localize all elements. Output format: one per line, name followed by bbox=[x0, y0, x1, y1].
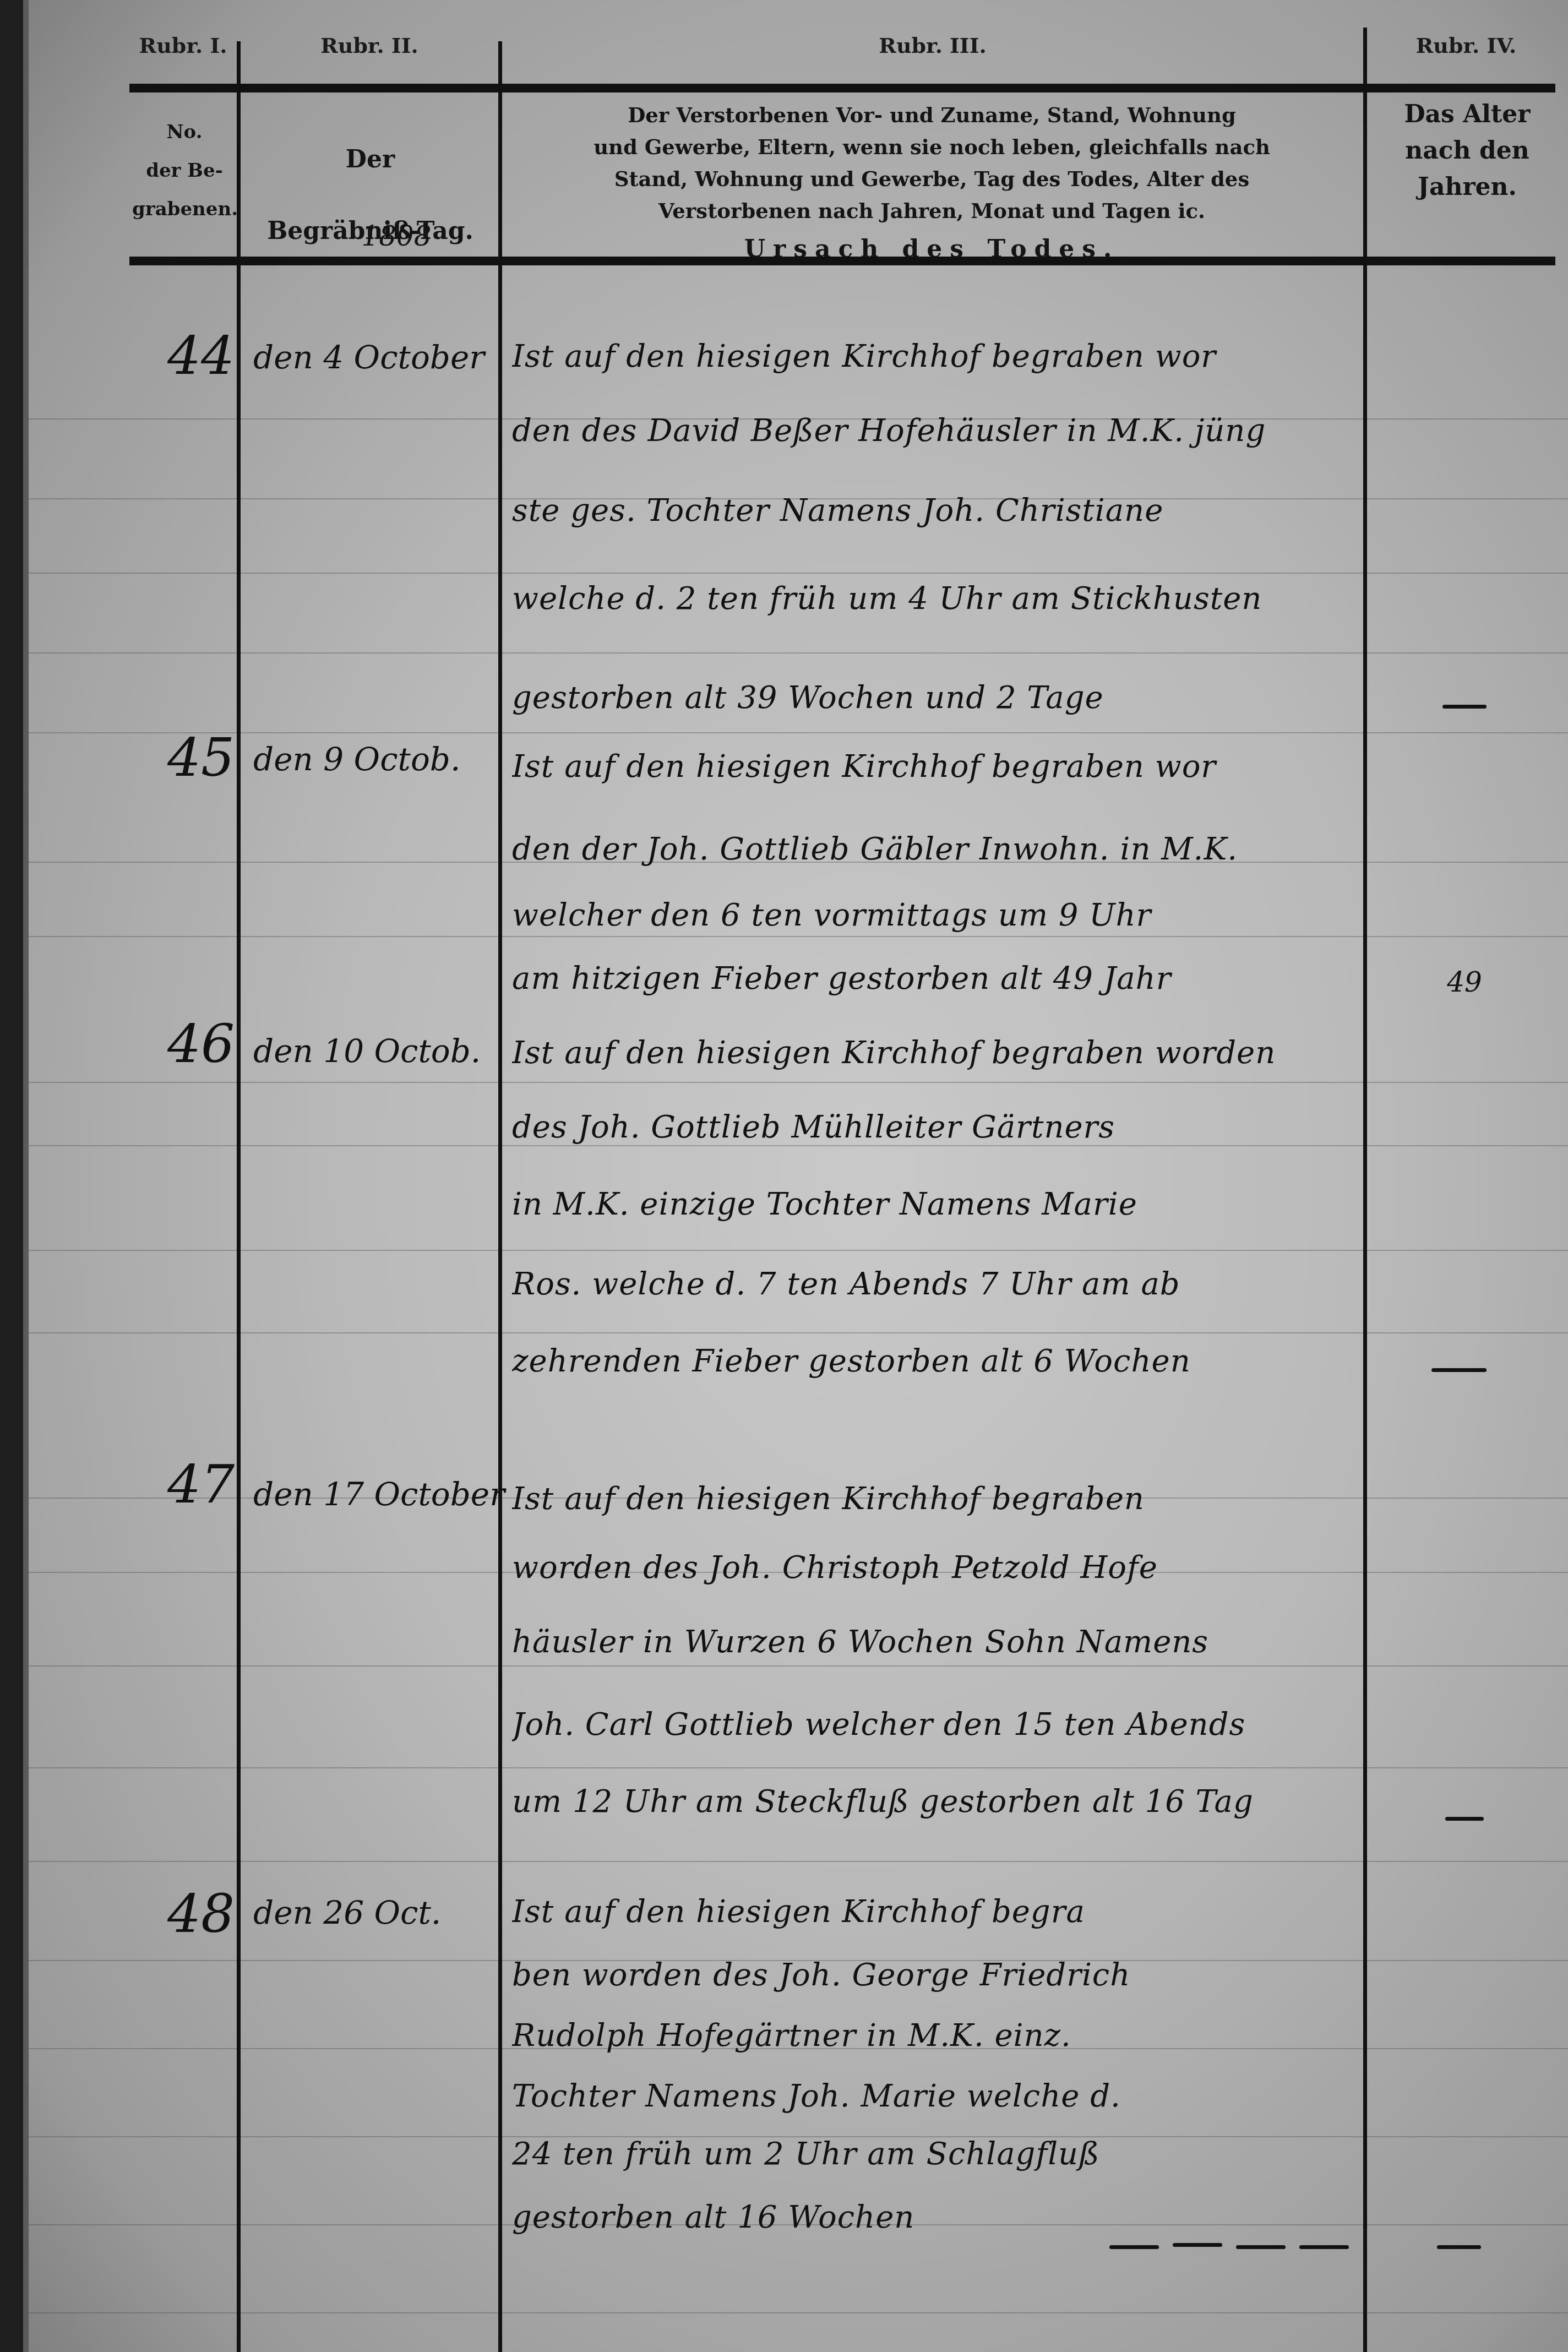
col3-subheader: Ursach des Todes. bbox=[504, 233, 1360, 265]
burial-date: den 10 Octob. bbox=[253, 1032, 496, 1070]
entry-text-line: welcher den 6 ten vormittags um 9 Uhr bbox=[512, 897, 1354, 933]
column-divider-3 bbox=[1363, 28, 1367, 2352]
column-divider-1 bbox=[237, 41, 241, 2352]
col3-header-line: Stand, Wohnung und Gewerbe, Tag des Tode… bbox=[504, 163, 1360, 195]
entry-text-line: Ist auf den hiesigen Kirchhof begraben w… bbox=[512, 339, 1354, 374]
entry-text-line: Ros. welche d. 7 ten Abends 7 Uhr am ab bbox=[512, 1266, 1354, 1302]
entry-text-line: welche d. 2 ten früh um 4 Uhr am Stickhu… bbox=[512, 581, 1354, 617]
entry-number: 44 bbox=[165, 325, 237, 386]
entry-text-line: den der Joh. Gottlieb Gäbler Inwohn. in … bbox=[512, 831, 1354, 867]
ruled-line bbox=[29, 1250, 1568, 1251]
entry-text-line: worden des Joh. Christoph Petzold Hofe bbox=[512, 1550, 1354, 1586]
col1-header-line: grabenen. bbox=[132, 190, 237, 228]
entry-text-line: gestorben alt 39 Wochen und 2 Tage bbox=[512, 680, 1354, 716]
ruled-line bbox=[29, 1082, 1568, 1083]
entry-number: 46 bbox=[165, 1013, 237, 1075]
col2-header-line: Der bbox=[242, 124, 498, 195]
entry-text-line: in M.K. einzige Tochter Namens Marie bbox=[512, 1186, 1354, 1222]
entry-text-line: Ist auf den hiesigen Kirchhof begraben w… bbox=[512, 749, 1354, 785]
col4-header-line: Das Alter bbox=[1368, 96, 1566, 133]
ruled-line bbox=[29, 1767, 1568, 1768]
entry-text-line: gestorben alt 16 Wochen bbox=[512, 2199, 1354, 2235]
entry-text-line: zehrenden Fieber gestorben alt 6 Wochen bbox=[512, 1343, 1354, 1379]
col3-header-line: und Gewerbe, Eltern, wenn sie noch leben… bbox=[504, 131, 1360, 163]
burial-date: den 17 October bbox=[253, 1476, 496, 1513]
line-filler-dash bbox=[1173, 2243, 1222, 2247]
entry-text-line: Ist auf den hiesigen Kirchhof begraben bbox=[512, 1481, 1354, 1517]
entry-text-line: um 12 Uhr am Steckfluß gestorben alt 16 … bbox=[512, 1784, 1354, 1820]
ruled-line bbox=[29, 1861, 1568, 1862]
col3-header-line: Verstorbenen nach Jahren, Monat und Tage… bbox=[504, 195, 1360, 227]
age-dash bbox=[1431, 1368, 1487, 1372]
year-handwritten: 1808 bbox=[341, 219, 451, 254]
col4-header-line: Jahren. bbox=[1368, 169, 1566, 205]
rubric-3: Rubr. III. bbox=[502, 33, 1363, 58]
age-years: 49 bbox=[1382, 966, 1547, 998]
header-top-rule bbox=[129, 84, 1555, 92]
entry-text-line: ben worden des Joh. George Friedrich bbox=[512, 1957, 1354, 1993]
ruled-line bbox=[29, 652, 1568, 654]
line-filler-dash bbox=[1299, 2245, 1349, 2249]
burial-date: den 26 Oct. bbox=[253, 1894, 496, 1931]
ruled-line bbox=[29, 2312, 1568, 2313]
entry-text-line: Joh. Carl Gottlieb welcher den 15 ten Ab… bbox=[512, 1707, 1354, 1743]
binding-edge bbox=[23, 0, 29, 2352]
entry-text-line: häusler in Wurzen 6 Wochen Sohn Namens bbox=[512, 1624, 1354, 1660]
rubric-1: Rubr. I. bbox=[129, 33, 237, 58]
col1-header-line: der Be- bbox=[132, 151, 237, 190]
age-dash bbox=[1445, 1817, 1484, 1821]
entry-text-line: den des David Beßer Hofehäusler in M.K. … bbox=[512, 413, 1354, 449]
rubric-4: Rubr. IV. bbox=[1367, 33, 1565, 58]
register-page: Rubr. I. Rubr. II. Rubr. III. Rubr. IV. … bbox=[0, 0, 1568, 2352]
ruled-line bbox=[29, 573, 1568, 574]
burial-date: den 9 Octob. bbox=[253, 741, 496, 778]
line-filler-dash bbox=[1109, 2245, 1159, 2249]
burial-date: den 4 October bbox=[253, 339, 496, 376]
entry-text-line: am hitzigen Fieber gestorben alt 49 Jahr bbox=[512, 961, 1354, 997]
col3-header: Der Verstorbenen Vor- und Zuname, Stand,… bbox=[504, 99, 1360, 265]
entry-text-line: 24 ten früh um 2 Uhr am Schlagfluß bbox=[512, 2136, 1354, 2172]
entry-text-line: Rudolph Hofegärtner in M.K. einz. bbox=[512, 2018, 1354, 2054]
binding-gutter bbox=[0, 0, 23, 2352]
age-dash bbox=[1442, 705, 1487, 709]
entry-text-line: Ist auf den hiesigen Kirchhof begraben w… bbox=[512, 1035, 1354, 1071]
entry-text-line: des Joh. Gottlieb Mühlleiter Gärtners bbox=[512, 1109, 1354, 1145]
entry-text-line: Ist auf den hiesigen Kirchhof begra bbox=[512, 1894, 1354, 1930]
entry-number: 48 bbox=[165, 1883, 237, 1945]
column-divider-2 bbox=[498, 41, 502, 2352]
ruled-line bbox=[29, 1332, 1568, 1333]
col1-header-line: No. bbox=[132, 113, 237, 151]
line-filler-dash bbox=[1236, 2245, 1286, 2249]
col4-header: Das Alter nach den Jahren. bbox=[1368, 96, 1566, 205]
ruled-line bbox=[29, 732, 1568, 733]
rubric-2: Rubr. II. bbox=[241, 33, 498, 58]
age-dash bbox=[1437, 2245, 1481, 2249]
col4-header-line: nach den bbox=[1368, 133, 1566, 169]
entry-text-line: ste ges. Tochter Namens Joh. Christiane bbox=[512, 493, 1354, 529]
col1-header: No. der Be- grabenen. bbox=[132, 113, 237, 228]
entry-number: 45 bbox=[165, 727, 237, 788]
entry-number: 47 bbox=[165, 1453, 237, 1515]
ruled-line bbox=[29, 1145, 1568, 1146]
col3-header-line: Der Verstorbenen Vor- und Zuname, Stand,… bbox=[504, 99, 1360, 131]
entry-text-line: Tochter Namens Joh. Marie welche d. bbox=[512, 2078, 1354, 2114]
ruled-line bbox=[29, 1665, 1568, 1667]
ruled-line bbox=[29, 936, 1568, 937]
